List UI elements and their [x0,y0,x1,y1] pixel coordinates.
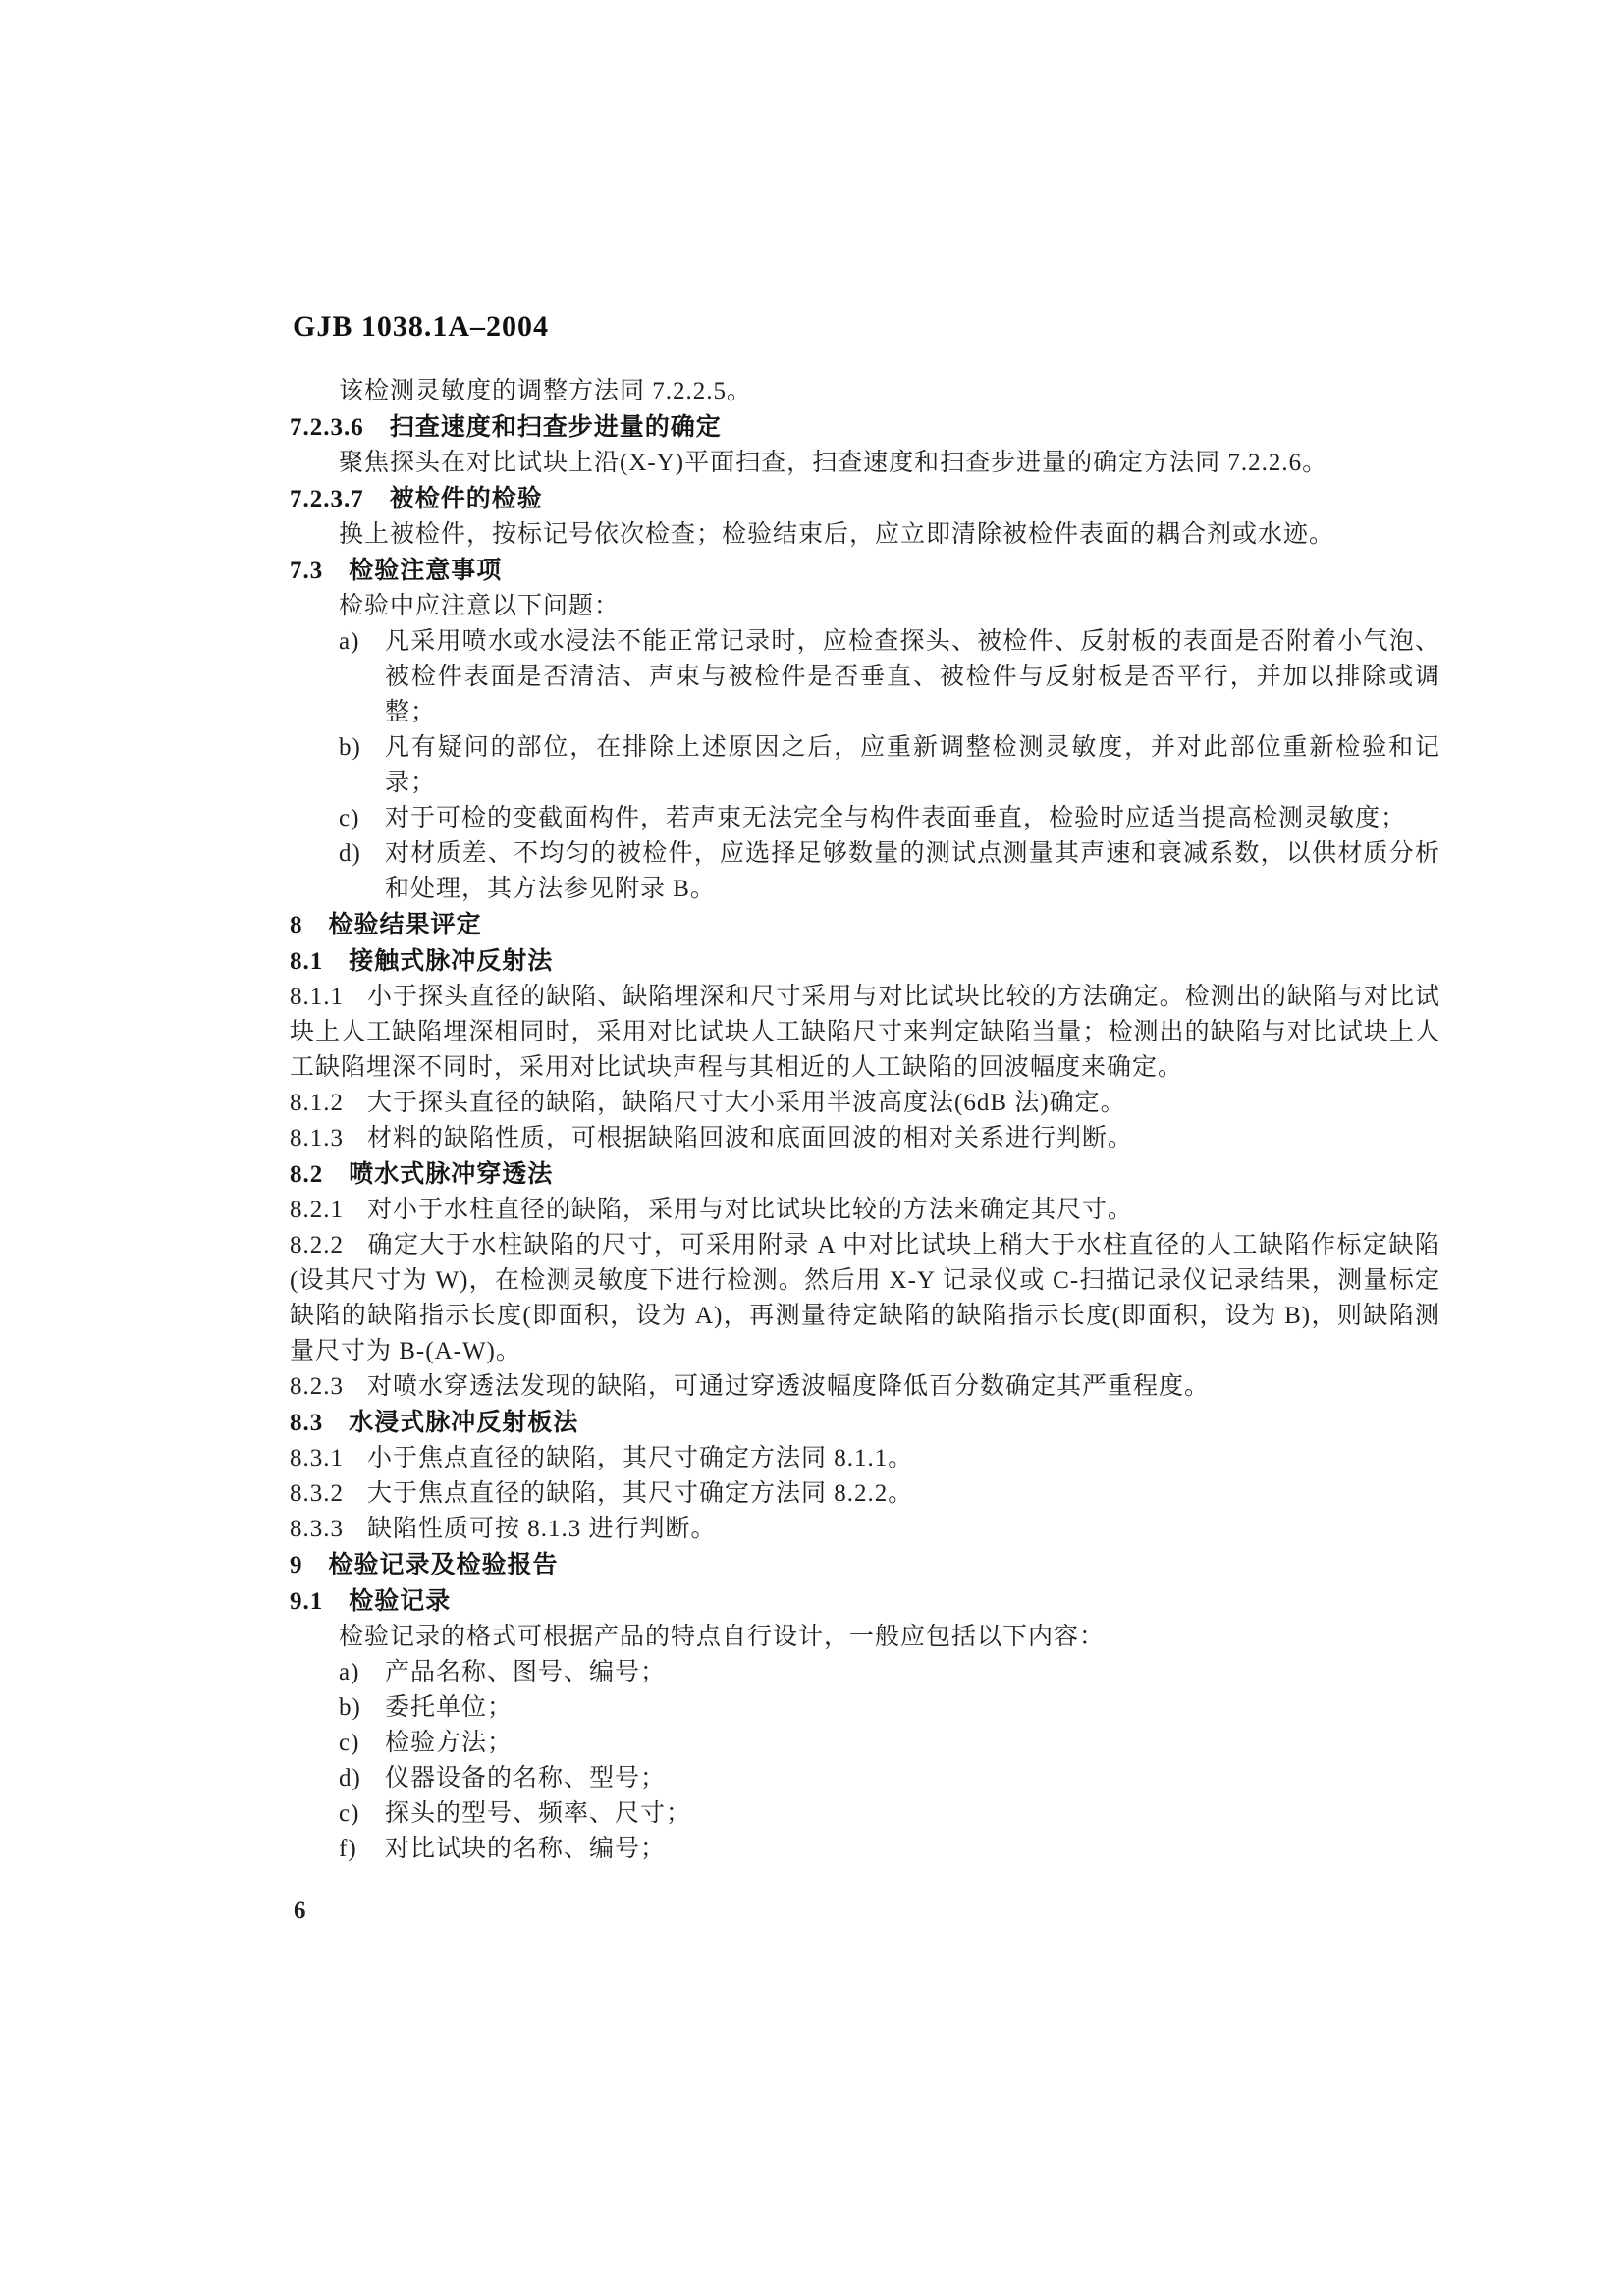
list-item-text: 委托单位； [385,1690,1440,1726]
clause-number: 8.2.3 [290,1373,344,1400]
clause-number: 8 [290,912,303,938]
list-item: b) 凡有疑问的部位，在排除上述原因之后，应重新调整检测灵敏度，并对此部位重新检… [339,730,1440,801]
clause-title: 检验结果评定 [329,911,482,938]
clause-number: 8.2.2 [290,1232,344,1258]
list-item-text: 对材质差、不均匀的被检件，应选择足够数量的测试点测量其声速和衰减系数，以供材质分… [385,836,1440,907]
heading-9: 9检验记录及检验报告 [290,1547,1440,1583]
paragraph-9-1-intro: 检验记录的格式可根据产品的特点自行设计，一般应包括以下内容： [290,1620,1440,1655]
clause-text: 材料的缺陷性质，可根据缺陷回波和底面回波的相对关系进行判断。 [367,1125,1133,1151]
list-item-text: 对于可检的变截面构件，若声束无法完全与构件表面垂直，检验时应适当提高检测灵敏度； [385,801,1440,836]
list-item-text: 凡有疑问的部位，在排除上述原因之后，应重新调整检测灵敏度，并对此部位重新检验和记… [385,730,1440,801]
clause-text: 大于焦点直径的缺陷，其尺寸确定方法同 8.2.2。 [367,1480,913,1507]
clause-text: 小于焦点直径的缺陷，其尺寸确定方法同 8.1.1。 [367,1445,913,1471]
paragraph-8-3-3: 8.3.3缺陷性质可按 8.1.3 进行判断。 [290,1512,1440,1547]
clause-number: 8.2 [290,1161,323,1188]
clause-number: 7.3 [290,558,323,584]
paragraph-8-1-3: 8.1.3材料的缺陷性质，可根据缺陷回波和底面回波的相对关系进行判断。 [290,1121,1440,1156]
paragraph-8-3-2: 8.3.2大于焦点直径的缺陷，其尺寸确定方法同 8.2.2。 [290,1476,1440,1512]
paragraph-8-2-3: 8.2.3对喷水穿透法发现的缺陷，可通过穿透波幅度降低百分数确定其严重程度。 [290,1369,1440,1405]
paragraph-sensitivity-ref: 该检测灵敏度的调整方法同 7.2.2.5。 [290,374,1440,409]
list-item-text: 仪器设备的名称、型号； [385,1761,1440,1796]
list-item-marker: a) [339,624,385,730]
clause-title: 喷水式脉冲穿透法 [349,1160,553,1188]
list-item: a) 凡采用喷水或水浸法不能正常记录时，应检查探头、被检件、反射板的表面是否附着… [339,624,1440,730]
list-item-marker: c) [339,1796,385,1832]
list-item-marker: f) [339,1832,385,1867]
clause-title: 检验记录 [349,1587,451,1615]
clause-number: 8.3.2 [290,1480,344,1507]
list-item: d) 对材质差、不均匀的被检件，应选择足够数量的测试点测量其声速和衰减系数，以供… [339,836,1440,907]
clause-number: 8.1.3 [290,1125,344,1151]
clause-title: 检验记录及检验报告 [329,1551,559,1578]
record-content-list: a) 产品名称、图号、编号； b) 委托单位； c) 检验方法； d) 仪器设备… [290,1655,1440,1867]
heading-8-2: 8.2喷水式脉冲穿透法 [290,1156,1440,1193]
list-item: c) 探头的型号、频率、尺寸； [339,1796,1440,1832]
clause-title: 扫查速度和扫查步进量的确定 [390,413,722,441]
doc-code-header: GJB 1038.1A–2004 [293,310,549,344]
notes-list: a) 凡采用喷水或水浸法不能正常记录时，应检查探头、被检件、反射板的表面是否附着… [290,624,1440,907]
paragraph-8-2-2: 8.2.2确定大于水柱缺陷的尺寸，可采用附录 A 中对比试块上稍大于水柱直径的人… [290,1228,1440,1369]
heading-9-1: 9.1检验记录 [290,1583,1440,1620]
heading-8: 8检验结果评定 [290,907,1440,943]
heading-8-1: 8.1接触式脉冲反射法 [290,943,1440,980]
clause-number: 8.1 [290,948,323,975]
clause-title: 接触式脉冲反射法 [349,947,553,975]
paragraph-7-3-intro: 检验中应注意以下问题： [290,589,1440,624]
clause-text: 对小于水柱直径的缺陷，采用与对比试块比较的方法来确定其尺寸。 [367,1197,1133,1223]
list-item-text: 检验方法； [385,1726,1440,1761]
paragraph-7-2-3-7: 换上被检件，按标记号依次检查；检验结束后，应立即清除被检件表面的耦合剂或水迹。 [290,517,1440,553]
list-item-marker: d) [339,1761,385,1796]
clause-number: 8.3.1 [290,1445,344,1471]
clause-number: 8.1.2 [290,1090,344,1116]
clause-text: 确定大于水柱缺陷的尺寸，可采用附录 A 中对比试块上稍大于水柱直径的人工缺陷作标… [290,1232,1440,1364]
clause-number: 9 [290,1552,303,1578]
list-item-marker: b) [339,1690,385,1726]
list-item: c) 对于可检的变截面构件，若声束无法完全与构件表面垂直，检验时应适当提高检测灵… [339,801,1440,836]
list-item-marker: b) [339,730,385,801]
paragraph-8-3-1: 8.3.1小于焦点直径的缺陷，其尺寸确定方法同 8.1.1。 [290,1441,1440,1476]
clause-number: 8.3.3 [290,1516,344,1542]
heading-7-2-3-6: 7.2.3.6扫查速度和扫查步进量的确定 [290,409,1440,446]
clause-number: 8.1.1 [290,984,344,1010]
clause-number: 7.2.3.6 [290,414,364,441]
heading-7-2-3-7: 7.2.3.7被检件的检验 [290,481,1440,517]
paragraph-8-1-2: 8.1.2大于探头直径的缺陷，缺陷尺寸大小采用半波高度法(6dB 法)确定。 [290,1086,1440,1121]
list-item: c) 检验方法； [339,1726,1440,1761]
heading-7-3: 7.3检验注意事项 [290,553,1440,589]
clause-title: 水浸式脉冲反射板法 [349,1409,578,1436]
list-item-marker: a) [339,1655,385,1690]
paragraph-7-2-3-6: 聚焦探头在对比试块上沿(X-Y)平面扫查，扫查速度和扫查步进量的确定方法同 7.… [290,446,1440,481]
clause-title: 检验注意事项 [349,557,502,584]
page-number: 6 [294,1897,306,1925]
clause-title: 被检件的检验 [390,485,543,512]
list-item-marker: c) [339,1726,385,1761]
clause-text: 大于探头直径的缺陷，缺陷尺寸大小采用半波高度法(6dB 法)确定。 [367,1090,1126,1116]
list-item-text: 探头的型号、频率、尺寸； [385,1796,1440,1832]
paragraph-8-1-1: 8.1.1小于探头直径的缺陷、缺陷埋深和尺寸采用与对比试块比较的方法确定。检测出… [290,980,1440,1086]
list-item: a) 产品名称、图号、编号； [339,1655,1440,1690]
list-item-text: 凡采用喷水或水浸法不能正常记录时，应检查探头、被检件、反射板的表面是否附着小气泡… [385,624,1440,730]
clause-text: 缺陷性质可按 8.1.3 进行判断。 [367,1516,717,1542]
list-item-text: 对比试块的名称、编号； [385,1832,1440,1867]
list-item: b) 委托单位； [339,1690,1440,1726]
list-item: f) 对比试块的名称、编号； [339,1832,1440,1867]
paragraph-8-2-1: 8.2.1对小于水柱直径的缺陷，采用与对比试块比较的方法来确定其尺寸。 [290,1193,1440,1228]
list-item-text: 产品名称、图号、编号； [385,1655,1440,1690]
list-item-marker: c) [339,801,385,836]
list-item-marker: d) [339,836,385,907]
clause-number: 8.3 [290,1410,323,1436]
clause-text: 对喷水穿透法发现的缺陷，可通过穿透波幅度降低百分数确定其严重程度。 [367,1373,1210,1400]
document-page: GJB 1038.1A–2004 该检测灵敏度的调整方法同 7.2.2.5。 7… [0,0,1624,2296]
document-body: 该检测灵敏度的调整方法同 7.2.2.5。 7.2.3.6扫查速度和扫查步进量的… [290,374,1440,1867]
heading-8-3: 8.3水浸式脉冲反射板法 [290,1405,1440,1441]
clause-number: 7.2.3.7 [290,486,364,512]
clause-number: 9.1 [290,1588,323,1615]
clause-text: 小于探头直径的缺陷、缺陷埋深和尺寸采用与对比试块比较的方法确定。检测出的缺陷与对… [290,984,1440,1081]
list-item: d) 仪器设备的名称、型号； [339,1761,1440,1796]
clause-number: 8.2.1 [290,1197,344,1223]
